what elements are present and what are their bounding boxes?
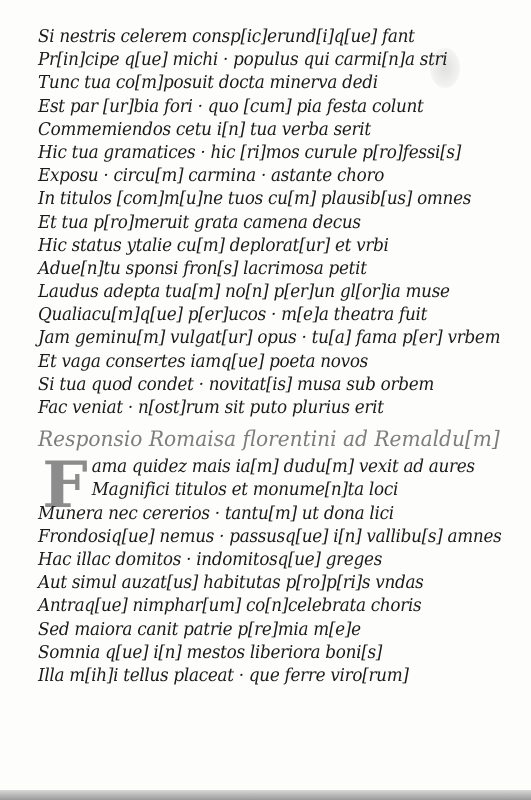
- verse-line: Qualiacu[m]q[ue] p[er]ucos · m[e]a theat…: [38, 304, 489, 327]
- verse-line: Commemiendos cetu i[n] tua verba serit: [38, 119, 489, 142]
- verse-line: Aut simul auzat[us] habitutas p[ro]p[ri]…: [38, 572, 489, 595]
- verse-line: Sed maiora canit patrie p[re]mia m[e]e: [38, 619, 489, 642]
- verse-line: Exposu · circu[m] carmina · astante chor…: [38, 165, 489, 188]
- verse-line: In titulos [com]m[u]ne tuos cu[m] plausi…: [38, 188, 489, 211]
- verse-line: Munera nec cererios · tantu[m] ut dona l…: [38, 503, 489, 526]
- verse-line: Adue[n]tu sponsi fron[s] lacrimosa petit: [38, 258, 489, 281]
- verse-line: Est par [ur]bia fori · quo [cum] pia fes…: [38, 96, 489, 119]
- verse-line: Illa m[ih]i tellus placeat · que ferre v…: [38, 665, 489, 688]
- rubric-heading: Responsio Romaisa florentini ad Remaldu[…: [38, 422, 489, 456]
- verse-line: Pr[in]cipe q[ue] michi · populus qui car…: [38, 49, 489, 72]
- verse-line: Frondosiq[ue] nemus · passusq[ue] i[n] v…: [38, 526, 489, 549]
- manuscript-page: Si nestris celerem consp[ic]erund[i]q[ue…: [0, 0, 531, 790]
- manuscript-text: Si nestris celerem consp[ic]erund[i]q[ue…: [38, 26, 508, 688]
- verse-line: Tunc tua co[m]posuit docta minerva dedi: [38, 72, 489, 95]
- verse-line: Fac veniat · n[ost]rum sit puto plurius …: [38, 397, 489, 420]
- verse-line: Si tua quod condet · novitat[is] musa su…: [38, 374, 489, 397]
- verse-line: Hic status ytalie cu[m] deplorat[ur] et …: [38, 235, 489, 258]
- verse-line: Somnia q[ue] i[n] mestos liberiora boni[…: [38, 642, 489, 665]
- decorated-initial-block: F ama quidez mais ia[m] dudu[m] vexit ad…: [38, 456, 508, 502]
- verse-line: Hic tua gramatices · hic [ri]mos curule …: [38, 142, 489, 165]
- verse-line: Hac illac domitos · indomitosq[ue] grege…: [38, 549, 489, 572]
- page-bottom-edge: [0, 790, 531, 800]
- verse-line: Jam geminu[m] vulgat[ur] opus · tu[a] fa…: [38, 327, 489, 350]
- verse-line: Laudus adepta tua[m] no[n] p[er]un gl[or…: [38, 281, 489, 304]
- verse-line: Magnifici titulos et monume[n]ta loci: [38, 479, 489, 502]
- verse-line: Et vaga consertes iamq[ue] poeta novos: [38, 351, 489, 374]
- verse-line: Et tua p[ro]meruit grata camena decus: [38, 212, 489, 235]
- verse-line: ama quidez mais ia[m] dudu[m] vexit ad a…: [38, 456, 489, 479]
- verse-line: Si nestris celerem consp[ic]erund[i]q[ue…: [38, 26, 489, 49]
- verse-line: Antraq[ue] nimphar[um] co[n]celebrata ch…: [38, 595, 489, 618]
